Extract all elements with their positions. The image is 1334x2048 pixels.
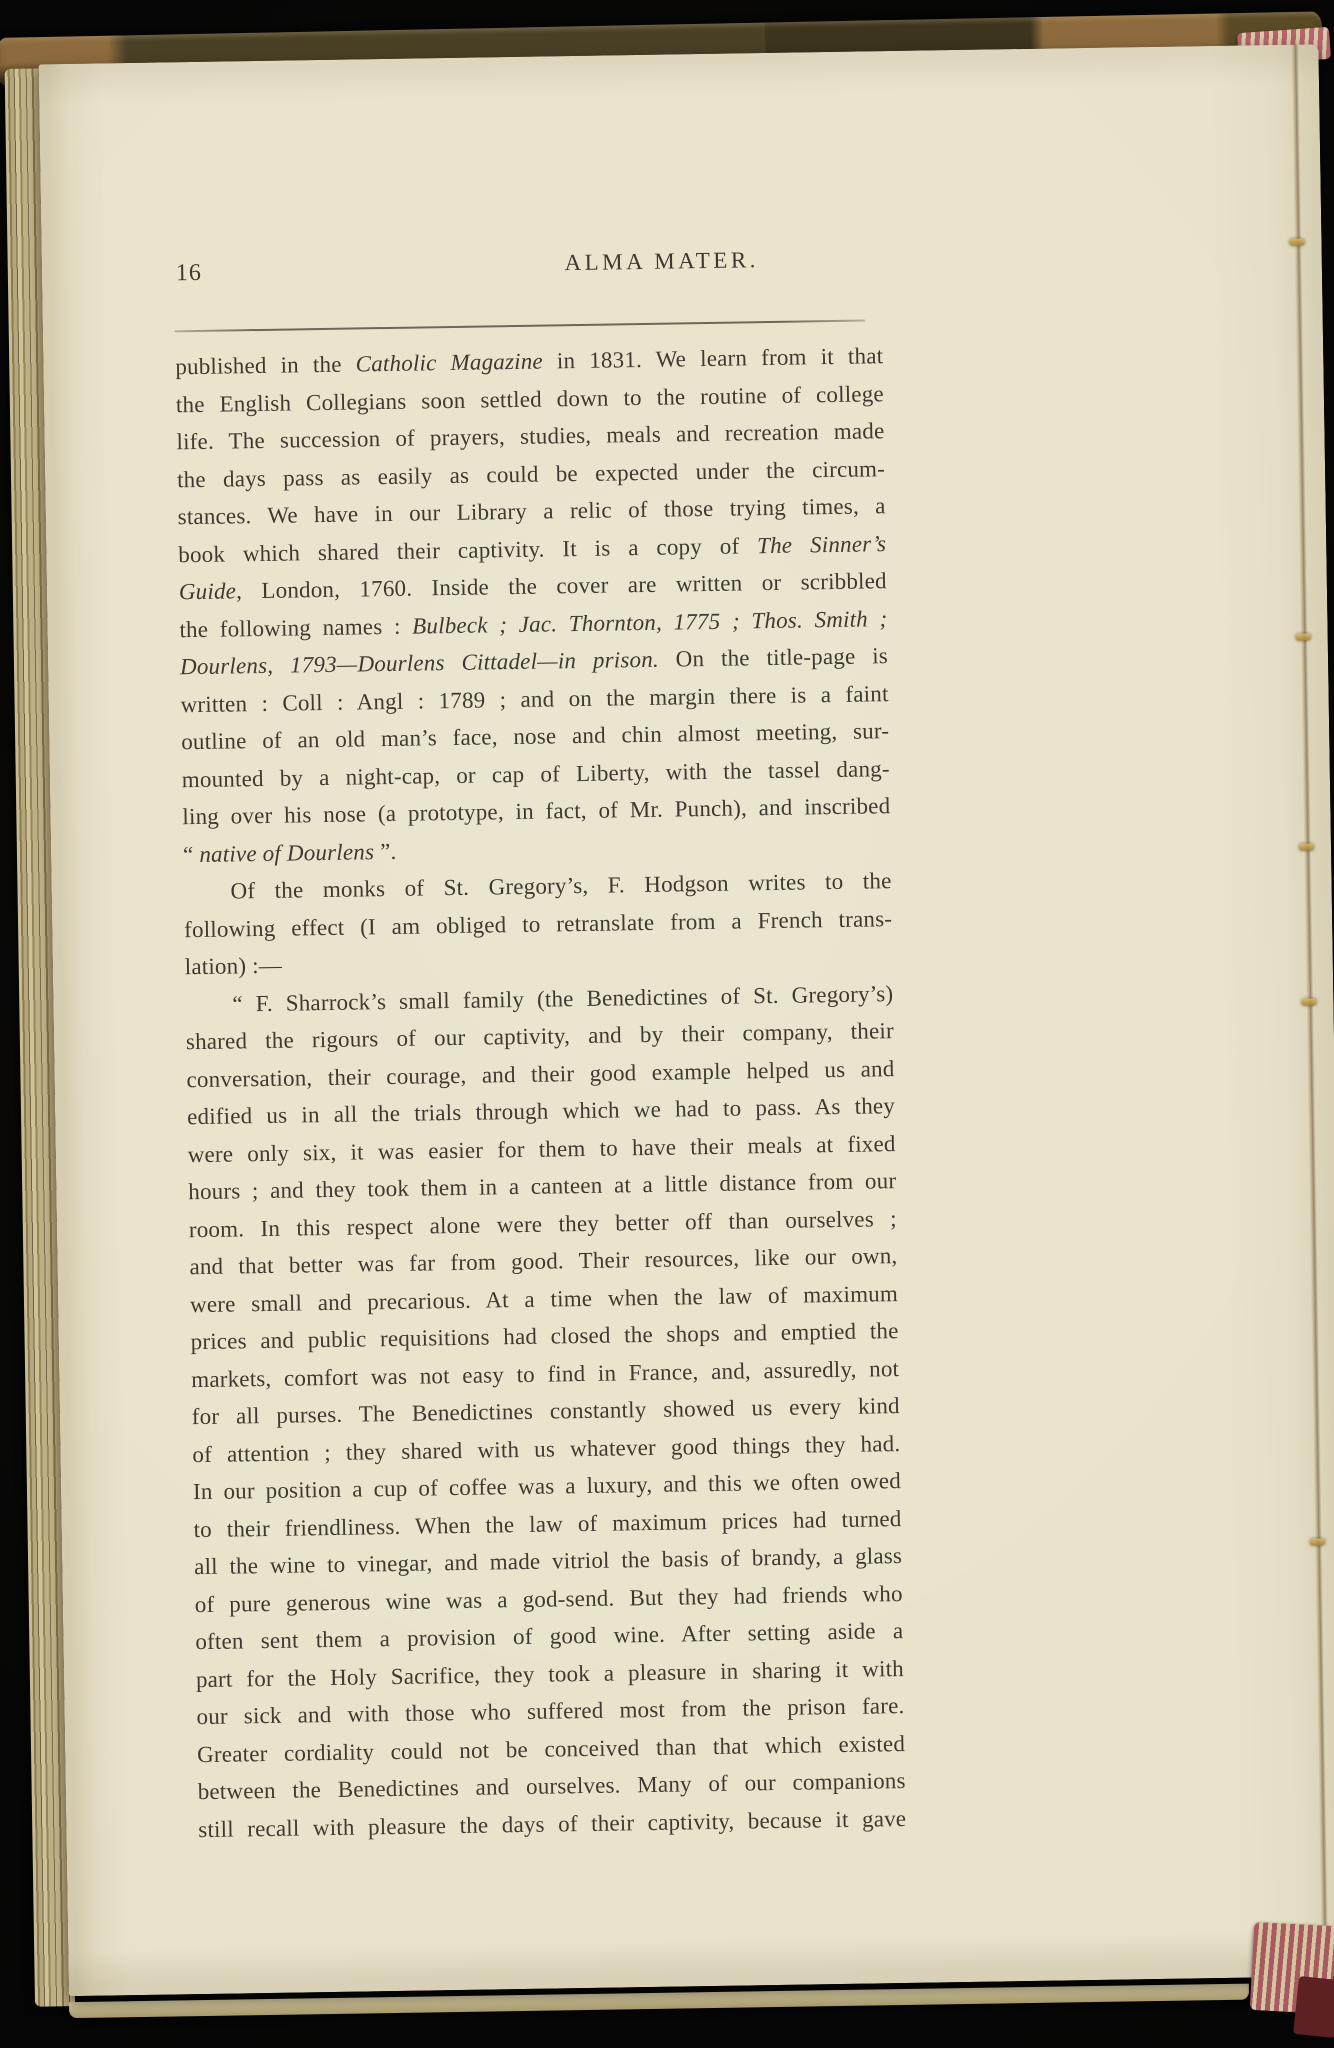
photo-backdrop: 16 ALMA MATER. published in the Catholic… <box>0 0 1334 2048</box>
text-run: stances. We have in our Library a relic … <box>177 493 885 529</box>
text-run: written : Coll : Angl : 1789 ; and on th… <box>180 681 888 717</box>
text-run: for all purses. The Benedictines constan… <box>192 1393 900 1429</box>
text-run: all the wine to vinegar, and made vitrio… <box>194 1543 902 1579</box>
text-run: , London, 1760. Inside the cover are wri… <box>236 568 887 603</box>
italic-run: Catholic Magazine <box>355 349 543 377</box>
text-run: between the Benedictines and ourselves. … <box>198 1768 906 1804</box>
text-run: ”. <box>374 838 397 863</box>
text-run: room. In this respect alone were they be… <box>189 1206 897 1242</box>
text-run: book which shared their captivity. It is… <box>178 533 757 567</box>
text-run: “ F. Sharrock’s small family (the Benedi… <box>232 981 893 1016</box>
text-run: and that better was far from good. Their… <box>189 1243 897 1279</box>
text-run: conversation, their courage, and their g… <box>186 1056 894 1092</box>
text-run: often sent them a provision of good wine… <box>195 1618 903 1654</box>
text-run: the days pass as easily as could be expe… <box>177 456 885 492</box>
text-run: On the title-page is <box>659 643 888 672</box>
text-run: mounted by a night-cap, or cap of Libert… <box>182 756 890 792</box>
text-run: hours ; and they took them in a canteen … <box>188 1168 896 1204</box>
text-run: were small and precarious. At a time whe… <box>190 1281 898 1317</box>
text-run: the English Collegians soon settled down… <box>176 381 884 417</box>
text-run: in 1831. We learn from it that <box>543 343 884 373</box>
text-run: edified us in all the trials through whi… <box>187 1093 895 1129</box>
text-run: In our position a cup of coffee was a lu… <box>193 1468 901 1504</box>
page-crease <box>1291 45 1328 1977</box>
italic-run: native of Dourlens <box>199 839 374 867</box>
book: 16 ALMA MATER. published in the Catholic… <box>4 36 1334 2011</box>
text-run: Greater cordiality could not be conceive… <box>197 1731 905 1767</box>
text-run: our sick and with those who suffered mos… <box>196 1693 904 1729</box>
italic-run: Dourlens, 1793—Dourlens Cittadel—in pris… <box>180 647 659 680</box>
text-run: lation) :— <box>185 953 283 980</box>
sewing-mark <box>1299 843 1314 850</box>
sewing-mark <box>1310 1538 1325 1545</box>
italic-run: The Sinner’s <box>757 531 886 558</box>
text-run: life. The succession of prayers, studies… <box>176 418 884 454</box>
text-run: of attention ; they shared with us whate… <box>192 1431 900 1467</box>
text-run: were only six, it was easier for them to… <box>187 1131 895 1167</box>
text-run: prices and public requisitions had close… <box>190 1318 898 1354</box>
text-run: following effect (I am obliged to retran… <box>184 906 892 942</box>
text-run: of pure generous wine was a god-send. Bu… <box>195 1581 903 1617</box>
italic-run: Guide <box>179 578 237 604</box>
text-run: Of the monks of St. Gregory’s, F. Hodgso… <box>230 868 891 903</box>
text-run: ling over his nose (a prototype, in fact… <box>182 793 890 829</box>
italic-run: Bulbeck ; Jac. Thornton, 1775 ; Thos. Sm… <box>412 606 888 638</box>
text-run: shared the rigours of our captivity, and… <box>186 1018 894 1054</box>
text-run: outline of an old man’s face, nose and c… <box>181 718 889 754</box>
text-run: published in the <box>175 351 356 379</box>
text-run: part for the Holy Sacrifice, they took a… <box>196 1656 904 1692</box>
text-run: to their friendliness. When the law of m… <box>193 1506 901 1542</box>
text-run: the following names : <box>179 613 412 642</box>
sewing-mark <box>1301 998 1316 1005</box>
text-run: markets, comfort was not easy to find in… <box>191 1356 899 1392</box>
sewing-mark <box>1296 634 1311 641</box>
text-run: “ <box>183 841 200 866</box>
text-block: published in the Catholic Magazine in 18… <box>175 337 906 1848</box>
text-run: still recall with pleasure the days of t… <box>198 1806 906 1842</box>
cover-corner-bottom-right <box>1293 1976 1334 2038</box>
